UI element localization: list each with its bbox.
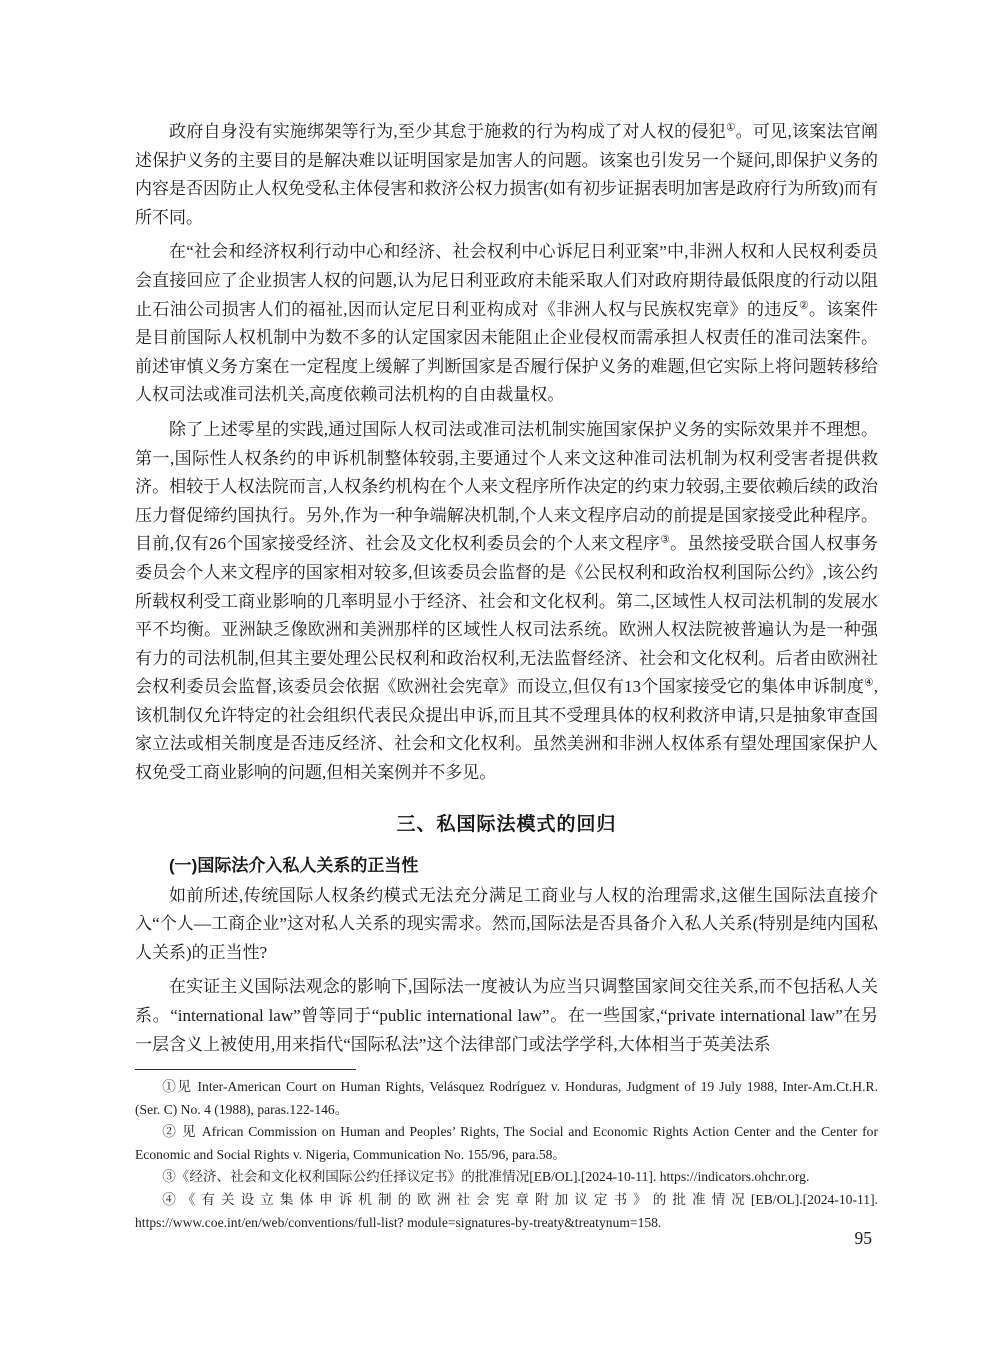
paragraph: 政府自身没有实施绑架等行为,至少其怠于施救的行为构成了对人权的侵犯①。可见,该案…: [135, 118, 878, 232]
footnotes-section: ①见 Inter-American Court on Human Rights,…: [135, 1069, 878, 1234]
footnote-2: ② 见 African Commission on Human and Peop…: [135, 1121, 878, 1166]
footnote-marker: ①: [726, 122, 736, 133]
footnote-separator-rule: [135, 1069, 356, 1070]
paragraph: 在实证主义国际法观念的影响下,国际法一度被认为应当只调整国家间交往关系,而不包括…: [135, 973, 878, 1059]
journal-page: 政府自身没有实施绑架等行为,至少其怠于施救的行为构成了对人权的侵犯①。可见,该案…: [0, 0, 1000, 1347]
footnote-marker: ③: [660, 535, 670, 546]
footnote-4: ④《有关设立集体申诉机制的欧洲社会宪章附加议定书》的批准情况[EB/OL].[2…: [135, 1189, 878, 1234]
footnote-marker: ②: [799, 300, 809, 311]
paragraph: 除了上述零星的实践,通过国际人权司法或准司法机制实施国家保护义务的实际效果并不理…: [135, 416, 878, 788]
footnote-3: ③《经济、社会和文化权利国际公约任择议定书》的批准情况[EB/OL].[2024…: [135, 1166, 878, 1189]
body-text: 政府自身没有实施绑架等行为,至少其怠于施救的行为构成了对人权的侵犯①。可见,该案…: [135, 118, 878, 1065]
footnote-1: ①见 Inter-American Court on Human Rights,…: [135, 1076, 878, 1121]
paragraph: 在“社会和经济权利行动中心和经济、社会权利中心诉尼日利亚案”中,非洲人权和人民权…: [135, 238, 878, 410]
footnote-marker: ④: [864, 678, 874, 689]
page-number: 95: [855, 1228, 873, 1249]
paragraph: 如前所述,传统国际人权条约模式无法充分满足工商业与人权的治理需求,这催生国际法直…: [135, 882, 878, 968]
subsection-heading: (一)国际法介入私人关系的正当性: [135, 852, 878, 880]
section-heading: 三、私国际法模式的回归: [135, 810, 878, 840]
